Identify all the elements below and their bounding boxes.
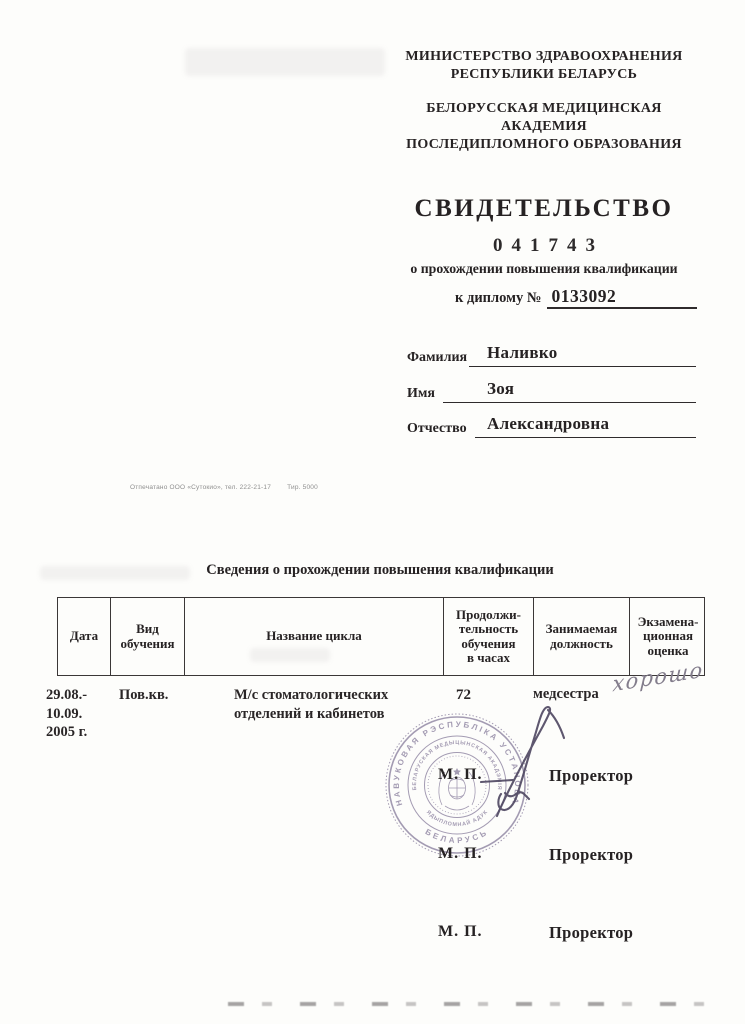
print-house-note: Отпечатано ООО «Сутокио», тел. 222-21-17… (130, 484, 318, 491)
handwritten-signature (448, 698, 573, 833)
signer-title: Проректор (549, 845, 633, 865)
column-header-duration: Продолжи- тельность обучения в часах (444, 598, 534, 675)
bleed-through-smudge (185, 48, 385, 76)
surname-row: Фамилия Наливко (407, 340, 698, 370)
diploma-label: к диплому № (455, 290, 541, 307)
diploma-number-line: к диплому № 0133092 (455, 286, 697, 309)
academy-header: БЕЛОРУССКАЯ МЕДИЦИНСКАЯ АКАДЕМИЯ ПОСЛЕДИ… (383, 100, 705, 154)
surname-underline (469, 365, 696, 367)
qualification-table-header: Дата Вид обучения Название цикла Продолж… (57, 597, 705, 676)
signature-row: М. П. Проректор (0, 845, 745, 867)
name-underline (443, 401, 696, 403)
record-training-type: Пов.кв. (119, 686, 168, 705)
scan-edge-artifact (228, 1002, 722, 1006)
surname-value: Наливко (487, 343, 558, 363)
signature-row: М. П. Проректор (0, 923, 745, 945)
surname-label: Фамилия (407, 350, 467, 366)
signature-row: М. П. Проректор (0, 766, 745, 788)
certificate-serial-number: 041743 (383, 235, 705, 257)
ministry-header: МИНИСТЕРСТВО ЗДРАВООХРАНЕНИЯ РЕСПУБЛИКИ … (383, 48, 705, 84)
patronymic-label: Отчество (407, 421, 467, 437)
signer-title: Проректор (549, 923, 633, 943)
patronymic-row: Отчество Александровна (407, 411, 698, 441)
column-header-course-name: Название цикла (185, 598, 444, 675)
column-header-position: Занимаемая должность (534, 598, 630, 675)
diploma-number: 0133092 (547, 286, 616, 306)
record-date: 29.08.- 10.09. 2005 г. (46, 686, 87, 742)
seal-placeholder-label: М. П. (438, 845, 483, 863)
name-row: Имя Зоя (407, 376, 698, 406)
diploma-underline: 0133092 (547, 286, 697, 309)
record-course-name: М/с стоматологических отделений и кабине… (234, 686, 388, 723)
column-header-date: Дата (58, 598, 111, 675)
name-value: Зоя (487, 379, 514, 399)
patronymic-value: Александровна (487, 414, 609, 434)
name-label: Имя (407, 386, 435, 402)
patronymic-underline (475, 436, 696, 438)
certificate-title: СВИДЕТЕЛЬСТВО (383, 195, 705, 223)
section-title: Сведения о прохождении повышения квалифи… (22, 562, 738, 579)
seal-placeholder-label: М. П. (438, 923, 483, 941)
certificate-subtitle: о прохождении повышения квалификации (383, 261, 705, 277)
column-header-training-type: Вид обучения (111, 598, 185, 675)
